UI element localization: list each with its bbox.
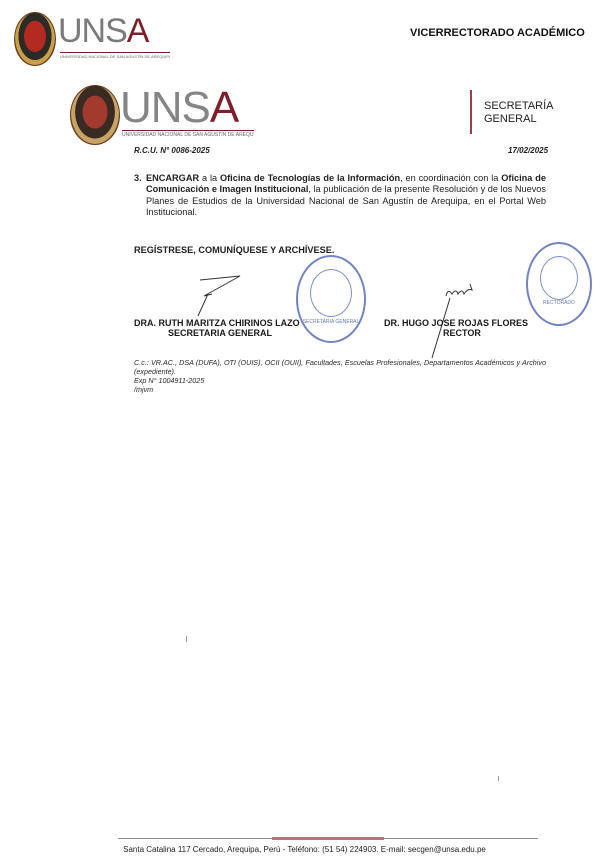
carbon-copy-list: C.c.: VR.AC., DSA (DUFA), OTI (OUIS), OC… [134, 358, 546, 376]
stamp-inner-ring [540, 256, 578, 300]
logo-text-accent: A [210, 83, 238, 132]
text-segment: a la [199, 173, 220, 183]
expediente-number: Exp N° 1004911-2025 [134, 376, 546, 385]
stamp-label: RECTORADO [528, 300, 590, 306]
logo-subtitle-top: UNIVERSIDAD NACIONAL DE SAN AGUSTÍN DE A… [60, 52, 170, 59]
signatory-title-rector: RECTOR [443, 328, 481, 338]
stamp-inner-ring [310, 269, 352, 317]
department-line-2: GENERAL [484, 113, 553, 126]
scan-mark [498, 776, 499, 781]
bold-segment: Oficina de Tecnologías de la Información [220, 173, 400, 183]
logo-text: UNS [120, 83, 210, 132]
office-title: VICERRECTORADO ACADÉMICO [410, 27, 585, 39]
unsa-logo-top: UNSA [58, 12, 148, 50]
stamp-label: SECRETARIA GENERAL [298, 319, 364, 325]
university-seal-icon [70, 85, 120, 145]
logo-subtitle-letterhead: UNIVERSIDAD NACIONAL DE SAN AGUSTÍN DE A… [122, 130, 254, 138]
distribution-block: C.c.: VR.AC., DSA (DUFA), OTI (OUIS), OC… [134, 358, 546, 394]
department-line-1: SECRETARÍA [484, 100, 553, 113]
rectorado-stamp: RECTORADO [526, 242, 592, 326]
bold-segment: ENCARGAR [146, 173, 199, 183]
scan-mark [186, 636, 187, 642]
closing-formula: REGÍSTRESE, COMUNÍQUESE Y ARCHÍVESE. [134, 245, 334, 255]
secretaria-stamp: SECRETARIA GENERAL [296, 255, 366, 343]
text-segment: , en coordinación con la [400, 173, 501, 183]
footer-address: Santa Catalina 117 Cercado, Arequipa, Pe… [0, 845, 609, 854]
department-name: SECRETARÍA GENERAL [484, 100, 553, 126]
unsa-logo-letterhead: UNSA [120, 84, 238, 132]
letterhead-divider [470, 90, 472, 134]
signatory-title-secretaria: SECRETARIA GENERAL [168, 328, 272, 338]
item-text: ENCARGAR a la Oficina de Tecnologías de … [146, 173, 546, 217]
signatory-name-secretaria: DRA. RUTH MARITZA CHIRINOS LAZO [134, 318, 300, 328]
resolution-number: R.C.U. N° 0086-2025 [134, 146, 210, 155]
logo-text-accent: A [127, 12, 149, 50]
item-number: 3. [134, 173, 146, 184]
signature-secretaria-icon [190, 270, 250, 320]
signatory-name-rector: DR. HUGO JOSE ROJAS FLORES [384, 318, 528, 328]
typist-initials: /mjvm [134, 385, 546, 394]
resolution-item-3: 3.ENCARGAR a la Oficina de Tecnologías d… [134, 173, 546, 219]
university-seal-icon [14, 12, 56, 66]
footer-rule-accent [272, 837, 384, 840]
resolution-date: 17/02/2025 [508, 146, 548, 155]
logo-text: UNS [58, 12, 127, 50]
